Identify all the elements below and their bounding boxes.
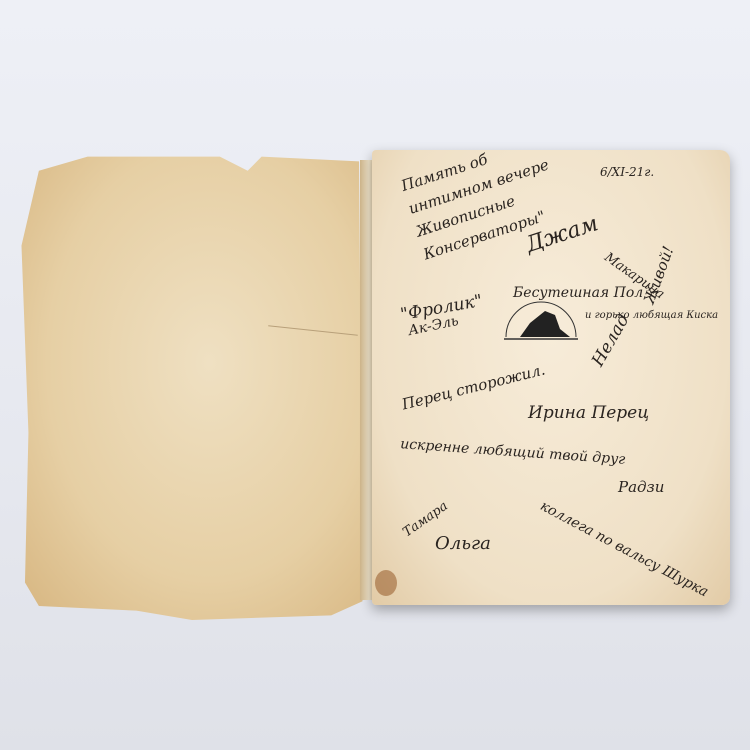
stain [375, 570, 397, 596]
signature-olga: Ольга [435, 533, 491, 554]
signature-ira-perets: Ирина Перец [528, 403, 649, 423]
bronze-horseman-icon [500, 293, 582, 343]
inscription-kiska: и горько любящая Киска [585, 310, 718, 321]
date: 6/XI-21г. [600, 165, 654, 179]
signature-radz: Радзи [618, 478, 664, 496]
left-page [18, 152, 366, 620]
